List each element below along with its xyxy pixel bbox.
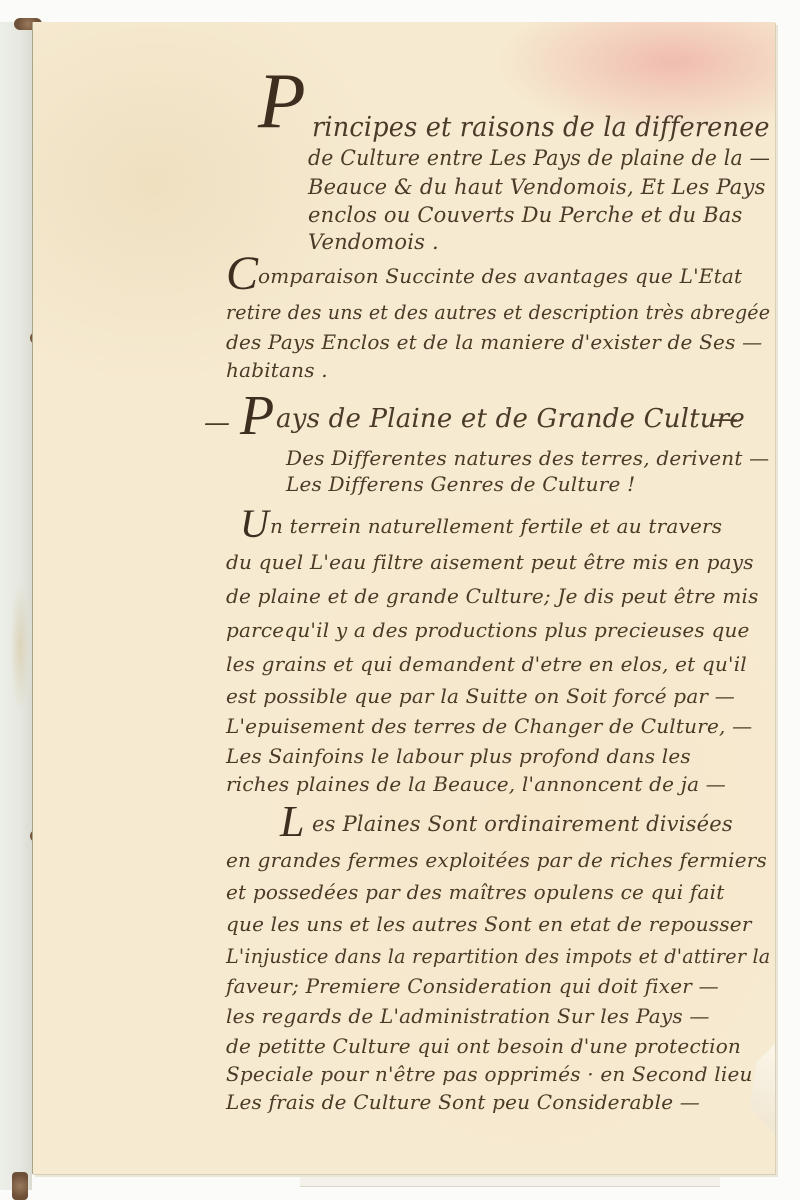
subtitle-line: retire des uns et des autres et descript… [226,300,770,324]
heading-initial: P [240,388,274,444]
subtitle-line: des Pays Enclos et de la maniere d'exist… [226,330,762,354]
paragraph-line: et possedées par des maîtres opulens ce … [226,880,724,904]
paragraph-line: de petitte Culture qui ont besoin d'une … [226,1034,741,1058]
paragraph-line: de plaine et de grande Culture; Je dis p… [226,584,759,608]
paragraph-initial: L [280,800,305,844]
paragraph-line: es Plaines Sont ordinairement divisées [312,812,733,836]
title-line: Vendomois . [308,230,439,254]
paragraph-initial: U [240,504,269,544]
paragraph-line: est possible que par la Suitte on Soit f… [226,684,735,708]
stain [10,582,30,712]
title-initial: P [258,62,306,140]
paragraph-line: n terrein naturellement fertile et au tr… [270,514,722,538]
subtitle-line: omparaison Succinte des avantages que L'… [258,264,742,288]
underlying-sheet-edge [300,1172,720,1187]
binding-string [12,1172,28,1200]
subheading-line: Des Differentes natures des terres, deri… [286,446,769,470]
binding-margin [0,22,32,1190]
paragraph-line: riches plaines de la Beauce, l'annoncent… [226,772,726,796]
heading-trail-dash: — [712,404,738,434]
paragraph-line: Speciale pour n'être pas opprimés · en S… [226,1062,753,1086]
paragraph-line: parcequ'il y a des productions plus prec… [226,618,750,642]
paragraph-line: L'injustice dans la repartition des impo… [226,944,770,968]
folded-corner [749,1044,775,1134]
subtitle-initial: C [226,250,258,298]
paragraph-line: Les frais de Culture Sont peu Considerab… [226,1090,700,1114]
title-line: enclos ou Couverts Du Perche et du Bas [308,203,742,227]
title-line: rincipes et raisons de la differenee [312,112,770,143]
paragraph-line: faveur; Premiere Consideration qui doit … [226,974,719,998]
paragraph-line: en grandes fermes exploitées par de rich… [226,848,767,872]
paragraph-line: L'epuisement des terres de Changer de Cu… [226,714,752,738]
title-line: Beauce & du haut Vendomois, Et Les Pays [308,175,766,199]
heading-text: ays de Plaine et de Grande Culture [276,404,745,434]
paragraph-line: Les Sainfoins le labour plus profond dan… [226,744,691,768]
heading-lead-dash: — [204,408,230,438]
paragraph-line: que les uns et les autres Sont en etat d… [226,912,752,936]
subtitle-line: habitans . [226,358,328,382]
paragraph-line: les regards de L'administration Sur les … [226,1004,710,1028]
subheading-line: Les Differens Genres de Culture ! [286,472,635,496]
paragraph-line: les grains et qui demandent d'etre en el… [226,652,747,676]
paragraph-line: du quel L'eau filtre aisement peut être … [226,550,754,574]
title-line: de Culture entre Les Pays de plaine de l… [308,146,770,170]
